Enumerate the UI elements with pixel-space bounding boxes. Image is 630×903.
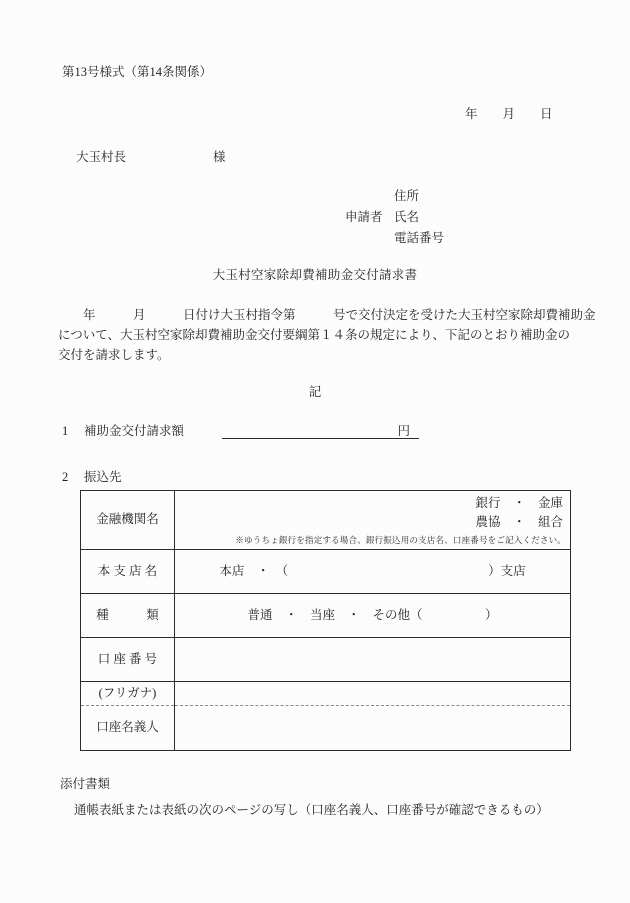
- document-page: 第13号様式（第14条関係） 年 月 日 大玉村長様 住所 申請者氏名 電話番号…: [0, 0, 630, 903]
- account-holder-cell: [175, 706, 571, 751]
- record-mark: 記: [0, 385, 630, 401]
- attachments-item: 通帳表紙または表紙の次のページの写し（口座名義人、口座番号が確認できるもの）: [74, 803, 549, 819]
- body-line-1: 年 月 日付け大玉村指令第 号で交付決定を受けた大玉村空家除却費補助金: [58, 305, 588, 325]
- date-line: 年 月 日: [465, 107, 553, 123]
- body-line-2: について、大玉村空家除却費補助金交付要綱第１４条の規定により、下記のとおり補助金…: [58, 325, 588, 345]
- item2-label: 振込先: [84, 470, 122, 486]
- item1-number: 1: [62, 424, 68, 440]
- table-row-account-number: 口 座 番 号: [81, 638, 571, 682]
- applicant-name-label: 氏名: [394, 210, 419, 224]
- table-row-branch-name: 本 支 店 名 本店 ・ （ ）支店: [81, 550, 571, 594]
- yucho-bank-note: ※ゆうちょ銀行を指定する場合、銀行振込用の支店名、口座番号をご記入ください。: [175, 532, 570, 546]
- applicant-phone-label: 電話番号: [394, 231, 444, 247]
- bank-option-line-1: 銀行 ・ 金庫: [175, 494, 563, 513]
- addressee-honorific: 様: [213, 150, 226, 164]
- item1-label: 補助金交付請求額: [84, 424, 184, 440]
- financial-institution-cell: 銀行 ・ 金庫 農協 ・ 組合 ※ゆうちょ銀行を指定する場合、銀行振込用の支店名…: [175, 491, 571, 550]
- applicant-group-label: 申請者: [345, 210, 383, 224]
- addressee-title: 大玉村長: [76, 150, 126, 164]
- furigana-label: (フリガナ): [81, 682, 175, 706]
- form-number: 第13号様式（第14条関係）: [62, 65, 212, 81]
- account-type-cell: 普通 ・ 当座 ・ その他（ ）: [175, 594, 571, 638]
- item2-number: 2: [62, 470, 68, 486]
- table-row-account-type: 種 類 普通 ・ 当座 ・ その他（ ）: [81, 594, 571, 638]
- attachments-heading: 添付書類: [60, 777, 110, 793]
- furigana-cell: [175, 682, 571, 706]
- applicant-name-row: 申請者氏名: [345, 210, 419, 226]
- body-line-3: 交付を請求します。: [58, 345, 588, 365]
- table-row-financial-institution: 金融機関名 銀行 ・ 金庫 農協 ・ 組合 ※ゆうちょ銀行を指定する場合、銀行振…: [81, 491, 571, 550]
- branch-name-cell: 本店 ・ （ ）支店: [175, 550, 571, 594]
- amount-fill-in-blank: 円: [222, 424, 419, 439]
- table-row-account-holder: 口座名義人: [81, 706, 571, 751]
- document-title: 大玉村空家除却費補助金交付請求書: [0, 268, 630, 284]
- account-holder-label: 口座名義人: [81, 706, 175, 751]
- account-number-cell: [175, 638, 571, 682]
- account-number-label: 口 座 番 号: [81, 638, 175, 682]
- body-paragraph: 年 月 日付け大玉村指令第 号で交付決定を受けた大玉村空家除却費補助金 について…: [58, 305, 588, 365]
- account-type-label: 種 類: [81, 594, 175, 638]
- table-row-furigana: (フリガナ): [81, 682, 571, 706]
- amount-unit: 円: [397, 424, 410, 438]
- branch-name-label: 本 支 店 名: [81, 550, 175, 594]
- financial-institution-label: 金融機関名: [81, 491, 175, 550]
- addressee-row: 大玉村長様: [76, 150, 226, 166]
- applicant-address-label: 住所: [394, 189, 419, 205]
- bank-option-line-2: 農協 ・ 組合: [175, 513, 563, 532]
- transfer-details-table: 金融機関名 銀行 ・ 金庫 農協 ・ 組合 ※ゆうちょ銀行を指定する場合、銀行振…: [80, 490, 571, 751]
